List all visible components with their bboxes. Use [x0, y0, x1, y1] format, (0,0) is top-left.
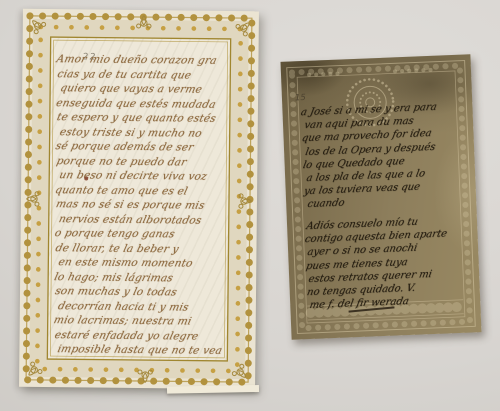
handwriting-line: en este mismo momento: [57, 256, 236, 272]
swag-ornament-icon: [309, 73, 343, 74]
handwriting-line: mas no sé si es porque mis: [54, 198, 236, 214]
handwriting-line: mio lacrimas; nuestra mi: [52, 314, 235, 330]
photo-background: 22 Amor mio dueño corazon gracias ya de …: [0, 0, 500, 411]
letter-left: 22 Amor mio dueño corazon gracias ya de …: [19, 9, 259, 389]
handwriting-right-upper: a José si a mi se y era paravan aqui par…: [300, 101, 462, 213]
handwriting-line: quiero que vayas a verme: [58, 82, 237, 98]
handwriting-left: Amor mio dueño corazon gracias ya de tu …: [53, 53, 236, 359]
handwriting-line: son muchas y lo todas: [53, 285, 235, 301]
letter-right: 15 a José si a mi se y era paravan aqui …: [280, 54, 481, 339]
ink-spot: [84, 176, 88, 180]
handwriting-right-lower: Adiós consuelo mío tucontigo aquesta bie…: [304, 215, 470, 314]
handwriting-line: Amor mio dueño corazon gra: [55, 53, 238, 69]
handwriting-line: te espero y que quanto estés: [55, 111, 237, 127]
pencil-number-right: 15: [295, 93, 306, 103]
handwriting-line: imposible hasta que no te vea: [56, 343, 235, 359]
handwriting-line: sé porque además de ser: [54, 140, 237, 156]
handwriting-line: o porque tengo ganas: [53, 227, 236, 243]
swag-ornament-icon: [395, 70, 433, 72]
